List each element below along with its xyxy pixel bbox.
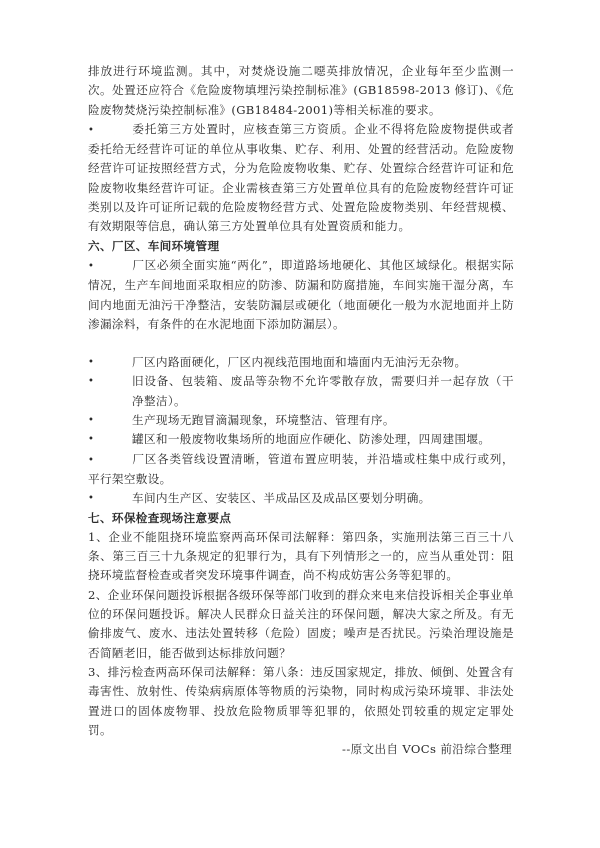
document-page: 排放进行环境监测。其中，对焚烧设施二噁英排放情况，企业每年至少监测一次。处置还应…	[88, 62, 514, 759]
bullet-icon: •	[88, 430, 94, 449]
list-item: •车间内生产区、安装区、半成品区及成品区要划分明确。	[88, 489, 514, 508]
section-6-heading: 六、厂区、车间环境管理	[88, 237, 514, 256]
list-item: •旧设备、包装箱、废品等杂物不允许零散存放，需要归并一起存放（干净整洁）。	[88, 372, 514, 411]
bullet-icon: •	[88, 353, 94, 372]
list-item-text: 罐区和一般废物收集场所的地面应作硬化、防渗处理，四周建围堰。	[132, 432, 490, 446]
source-attribution: --原文出自 VOCs 前沿综合整理	[88, 740, 514, 759]
bullet-icon: •	[88, 257, 132, 276]
section-6-bullet-list: •厂区内路面硬化，厂区内视线范围地面和墙面内无油污无杂物。 •旧设备、包装箱、废…	[88, 353, 514, 508]
bullet-text: 厂区必须全面实施“两化”，即道路场地硬化、其他区域绿化。根据实际情况，生产车间地…	[88, 258, 514, 331]
spacer	[88, 334, 514, 353]
intro-paragraph: 排放进行环境监测。其中，对焚烧设施二噁英排放情况，企业每年至少监测一次。处置还应…	[88, 62, 514, 120]
list-item: •罐区和一般废物收集场所的地面应作硬化、防渗处理，四周建围堰。	[88, 430, 514, 449]
section-7-heading: 七、环保检查现场注意要点	[88, 509, 514, 528]
bullet-icon: •	[88, 121, 132, 140]
list-item-text: 厂区各类管线设置清晰，管道布置应明装，并沿墙或柱集中成行或列，平行架空敷设。	[88, 452, 514, 486]
bullet-icon: •	[88, 372, 94, 391]
section-7-item-3: 3、排污检查两高环保司法解释：第八条：违反国家规定，排放、倾倒、处置含有毒害性、…	[88, 663, 514, 740]
bullet-two-modernizations: •厂区必须全面实施“两化”，即道路场地硬化、其他区域绿化。根据实际情况，生产车间…	[88, 256, 514, 334]
list-item-text: 生产现场无跑冒滴漏现象，环境整洁、管理有序。	[132, 413, 395, 427]
bullet-icon: •	[88, 411, 94, 430]
list-item: •厂区各类管线设置清晰，管道布置应明装，并沿墙或柱集中成行或列，平行架空敷设。	[88, 450, 514, 490]
section-7-item-1: 1、企业不能阻挠环境监察两高环保司法解释：第四条，实施刑法第三百三十八条、第三百…	[88, 528, 514, 586]
list-item-text: 厂区内路面硬化，厂区内视线范围地面和墙面内无油污无杂物。	[132, 355, 466, 369]
bullet-icon: •	[88, 489, 94, 508]
section-7-item-2: 2、企业环保问题投诉根据各级环保等部门收到的群众来电来信投诉相关企事业单位的环保…	[88, 586, 514, 663]
bullet-third-party-disposal: •委托第三方处置时，应核查第三方资质。企业不得将危险废物提供或者委托给无经营许可…	[88, 120, 514, 237]
bullet-icon: •	[88, 451, 132, 470]
bullet-text: 委托第三方处置时，应核查第三方资质。企业不得将危险废物提供或者委托给无经营许可证…	[88, 122, 514, 233]
list-item: •生产现场无跑冒滴漏现象，环境整洁、管理有序。	[88, 411, 514, 430]
list-item-text: 车间内生产区、安装区、半成品区及成品区要划分明确。	[132, 491, 431, 505]
list-item: •厂区内路面硬化，厂区内视线范围地面和墙面内无油污无杂物。	[88, 353, 514, 372]
list-item-text: 旧设备、包装箱、废品等杂物不允许零散存放，需要归并一起存放（干净整洁）。	[132, 374, 514, 407]
